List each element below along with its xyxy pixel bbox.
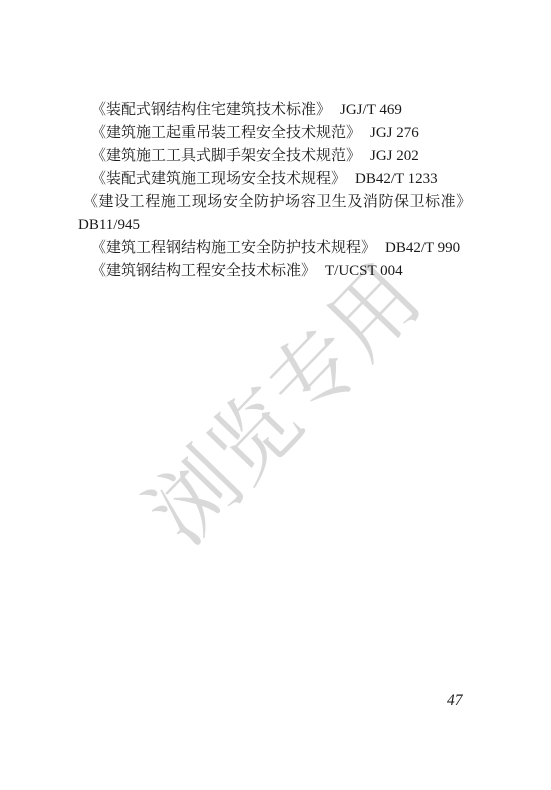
reference-title: 《建筑施工工具式脚手架安全技术规范》 bbox=[91, 148, 361, 164]
reference-title: 《建设工程施工现场安全防护场容卫生及消防保卫标准》 bbox=[83, 194, 472, 210]
reference-item: 《建筑施工起重吊装工程安全技术规范》JGJ 276 bbox=[78, 122, 482, 145]
reference-title: 《装配式建筑施工现场安全技术规程》 bbox=[91, 171, 346, 187]
reference-title: 《装配式钢结构住宅建筑技术标准》 bbox=[91, 102, 331, 118]
reference-title: 《建筑施工起重吊装工程安全技术规范》 bbox=[91, 125, 361, 141]
reference-code: JGJ 276 bbox=[370, 125, 419, 141]
document-page: 浏览专用 《装配式钢结构住宅建筑技术标准》JGJ/T 469 《建筑施工起重吊装… bbox=[0, 0, 551, 790]
reference-item-continuation: DB11/945 bbox=[78, 214, 482, 237]
reference-title: 《建筑钢结构工程安全技术标准》 bbox=[91, 263, 316, 279]
page-number: 47 bbox=[447, 692, 463, 710]
reference-item: 《建筑施工工具式脚手架安全技术规范》JGJ 202 bbox=[78, 145, 482, 168]
reference-item: 《建筑工程钢结构施工安全防护技术规程》DB42/T 990 bbox=[78, 237, 482, 260]
watermark-text: 浏览专用 bbox=[115, 231, 455, 578]
reference-item: 《建筑钢结构工程安全技术标准》T/UCST 004 bbox=[78, 260, 482, 283]
reference-item: 《建设工程施工现场安全防护场容卫生及消防保卫标准》 bbox=[78, 191, 482, 214]
reference-item: 《装配式钢结构住宅建筑技术标准》JGJ/T 469 bbox=[78, 99, 482, 122]
reference-code: T/UCST 004 bbox=[325, 263, 403, 279]
reference-code: JGJ/T 469 bbox=[340, 102, 402, 118]
reference-title: 《建筑工程钢结构施工安全防护技术规程》 bbox=[91, 240, 376, 256]
reference-item: 《装配式建筑施工现场安全技术规程》DB42/T 1233 bbox=[78, 168, 482, 191]
reference-code: DB11/945 bbox=[78, 217, 140, 233]
references-list: 《装配式钢结构住宅建筑技术标准》JGJ/T 469 《建筑施工起重吊装工程安全技… bbox=[78, 0, 482, 283]
reference-code: DB42/T 1233 bbox=[355, 171, 438, 187]
reference-code: DB42/T 990 bbox=[385, 240, 460, 256]
reference-code: JGJ 202 bbox=[370, 148, 419, 164]
